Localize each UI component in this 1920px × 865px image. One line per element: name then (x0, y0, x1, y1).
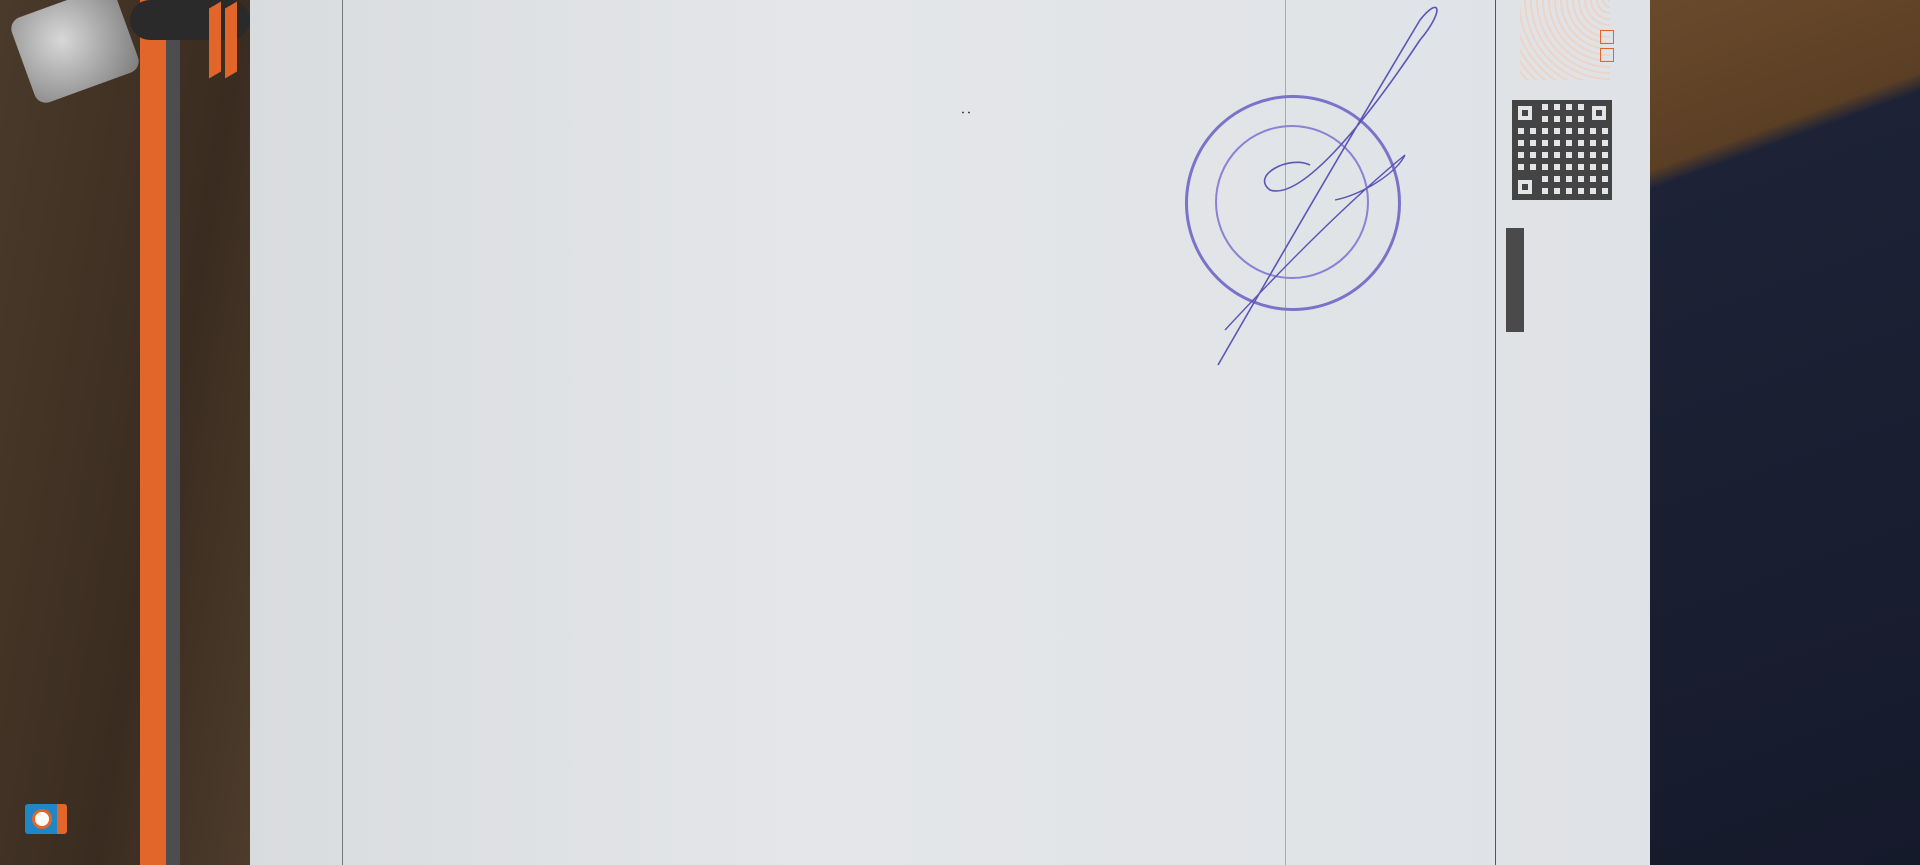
qr-corner-icon (1512, 100, 1538, 126)
instagram-icon[interactable] (1600, 30, 1614, 44)
decorative-arcs (1520, 0, 1610, 80)
facebook-icon[interactable] (1600, 48, 1614, 62)
footer-divider (1495, 0, 1496, 865)
qr-corner-icon (1586, 100, 1612, 126)
watermark-beeb (57, 804, 67, 834)
watermark-auto (25, 804, 57, 834)
autobeeb-watermark (25, 804, 67, 834)
qr-corner-icon (1512, 174, 1538, 200)
footer-bar (1506, 228, 1524, 332)
signature-icon (0, 0, 1920, 865)
wheel-icon (32, 809, 52, 829)
